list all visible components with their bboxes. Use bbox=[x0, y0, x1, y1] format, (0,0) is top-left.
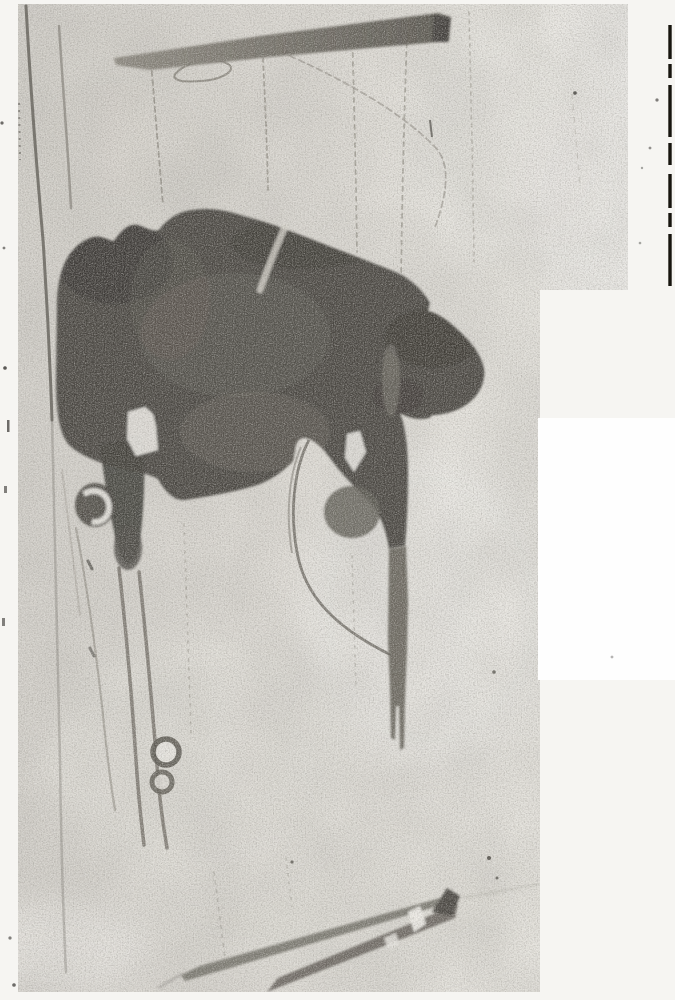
left-margin-ticks bbox=[0, 103, 20, 987]
paste-over-white-rect bbox=[538, 418, 675, 680]
scanned-page bbox=[0, 0, 675, 1000]
grain-light-layer bbox=[18, 4, 628, 992]
photo-plate bbox=[0, 0, 675, 1000]
